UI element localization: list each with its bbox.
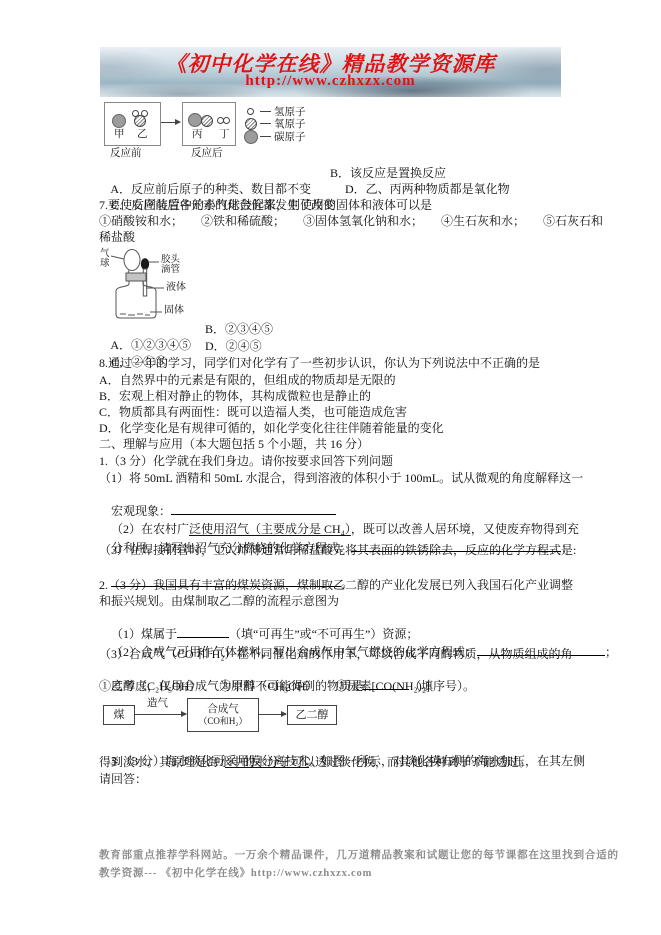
- before-reaction-box: 甲 乙: [104, 102, 161, 146]
- q6-option-b: B．该反应是置换反应: [330, 165, 446, 181]
- legend-label: 碳原子: [274, 129, 306, 144]
- flow-coal-label: 煤: [114, 709, 125, 721]
- q1-stem: 1.（3 分）化学就在我们身边。请你按要求回答下列问题: [99, 453, 393, 469]
- q2-sub2-suffix: ；: [605, 645, 617, 659]
- balloon-leader-line: [111, 256, 124, 259]
- oxygen-atom-icon: [201, 115, 213, 127]
- liquid-label: 液体: [166, 283, 186, 293]
- stopper: [126, 273, 146, 281]
- section2-title: 二、理解与应用（本大题包括 5 个小题，共 16 分）: [99, 436, 369, 452]
- q8-option-b: B．宏观上相对静止的物体，其构成微粒也是静止的: [99, 388, 371, 404]
- banner-url: http://www.czhxzx.com: [100, 73, 561, 90]
- q7-items-continued: 稀盐酸: [99, 229, 135, 245]
- oxygen-atom-icon: [243, 118, 258, 130]
- balloon-icon: [124, 250, 140, 271]
- hydrogen-atom-icon: [243, 108, 258, 115]
- legend-row-carbon: 碳原子: [243, 129, 306, 144]
- flow-syngas-line2: （CO和H₂）: [198, 716, 247, 726]
- exam-document-page: 《初中化学在线》精品教学资源库 http://www.czhxzx.com 甲 …: [0, 0, 661, 935]
- q8-option-d: D．化学变化是有规律可循的，如化学变化往往伴随着能量的变化: [99, 420, 444, 436]
- solid-label: 固体: [164, 306, 184, 316]
- hydrogen-atom-icon: [223, 117, 230, 124]
- q2-sub3-line1: （3）合成气（CO 和 H₂）在不同催化剂的作用下，可以合成不同的物质，从物质组…: [99, 646, 573, 662]
- q1-sub1-line1: （1）将 50mL 酒精和 50mL 水混合，得到溶液的体积小于 100mL。试…: [99, 470, 583, 486]
- dropper-label: 胶头滴管: [161, 255, 180, 275]
- site-banner: 《初中化学在线》精品教学资源库 http://www.czhxzx.com: [100, 47, 561, 97]
- before-reaction-caption: 反应前: [110, 148, 142, 160]
- legend-dash: [260, 136, 271, 137]
- q6-option-d: D．乙、丙两种物质都是氧化物: [345, 181, 510, 197]
- legend-dash: [260, 111, 271, 112]
- apparatus-figure: [98, 248, 208, 323]
- molecule-label-jia: 甲: [114, 129, 125, 141]
- flow-coal-box: 煤: [103, 705, 135, 725]
- q1-sub3-line1: （3）在焊接钢管时，工人师傅通常用稀盐酸先将其表面的铁锈除去，反应的化学方程式是…: [99, 542, 576, 558]
- q3-line3: 请回答：: [99, 771, 147, 787]
- carbon-atom-icon: [112, 114, 126, 128]
- q2-stem-line2: 和振兴规划。由煤制取乙二醇的流程示意图为: [99, 593, 339, 609]
- q3-line2: 得到淡水。其原理是海水中的水分子可以透过淡化摸，而其他各种离子不能透过。: [99, 754, 531, 770]
- q7-option-d: D．②④⑤: [205, 338, 262, 354]
- flow-syngas-box: 合成气 （CO和H₂）: [187, 698, 259, 732]
- reaction-arrow-icon: [161, 122, 180, 123]
- q8-stem: 8.通过一年的学习，同学们对化学有了一些初步认识，你认为下列说法中不正确的是: [99, 355, 540, 371]
- carbon-atom-icon: [188, 113, 202, 127]
- footer-line-2: 教学资源--- 《初中化学在线》http://www.czhxzx.com: [99, 865, 372, 880]
- footer-line-1: 教育部重点推荐学科网站。一万余个精品课件，几万道精品教案和试题让您的每节课都在这…: [99, 847, 619, 862]
- oxygen-atom-icon: [134, 115, 146, 127]
- q2-stem-line1: 2.（3 分）我国具有丰富的煤炭资源，煤制取乙二醇的产业化发展已列入我国石化产业…: [99, 577, 573, 593]
- flow-arrow-icon: [258, 714, 286, 715]
- solid-particles: [120, 314, 150, 315]
- q7-option-b: B．②③④⑤: [205, 321, 273, 337]
- q8-option-c: C．物质都具有两面性：既可以造福人类，也可能造成危害: [99, 404, 407, 420]
- flow-product-label: 乙二醇: [296, 709, 329, 721]
- q8-option-a: A．自然界中的元素是有限的，但组成的物质却是无限的: [99, 372, 396, 388]
- q7-stem: 7.要使右图装置中的小气球鼓起来，则使用的固体和液体可以是: [99, 197, 432, 213]
- after-reaction-caption: 反应后: [191, 148, 223, 160]
- molecule-label-ding: 丁: [219, 129, 230, 141]
- flow-arrow-icon: [134, 714, 186, 715]
- q7-items: ①硝酸铵和水； ②铁和稀硫酸； ③固体氢氧化钠和水； ④生石灰和水； ⑤石灰石和: [99, 213, 603, 229]
- q2-choices: ①乙醇（C₂H₅OH） ②甲醇（CH₃OH） ③尿素[CO(NH₂)₂]: [99, 678, 430, 694]
- flow-product-box: 乙二醇: [287, 705, 337, 725]
- balloon-label: 气球: [100, 249, 110, 269]
- carbon-atom-icon: [243, 130, 258, 144]
- after-reaction-box: 丙 丁: [182, 102, 236, 146]
- flow-arrow1-label: 造气: [147, 698, 168, 710]
- dropper-bulb-icon: [141, 258, 149, 270]
- flow-syngas-line1: 合成气: [207, 704, 239, 716]
- molecule-label-yi: 乙: [137, 129, 148, 141]
- legend-dash: [260, 123, 271, 124]
- molecule-label-bing: 丙: [192, 129, 203, 141]
